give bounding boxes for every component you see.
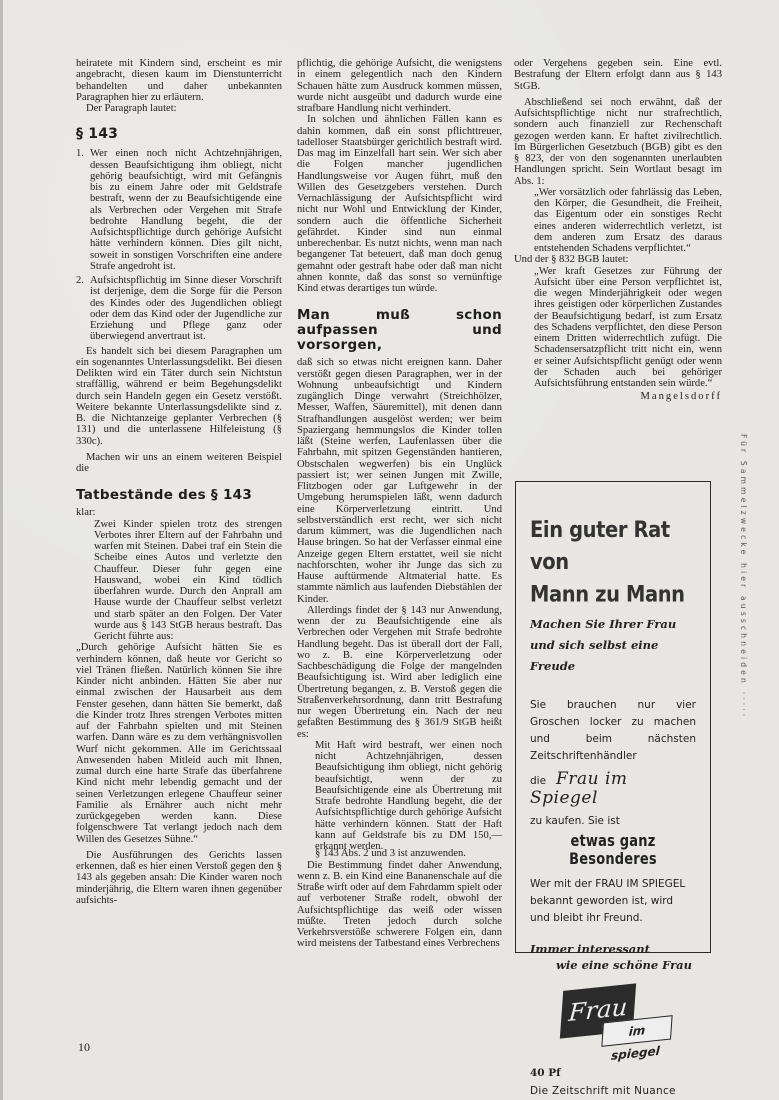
body-paragraph: daß sich so etwas nicht ereignen kann. D… — [297, 357, 502, 605]
law-quote: Mit Haft wird bestraft, wer einen noch n… — [297, 740, 502, 853]
law-text-list: 1. Wer einen noch nicht Achtzehnjährigen… — [76, 148, 282, 342]
body-paragraph: Die Bestimmung findet daher Anwendung, w… — [297, 860, 502, 950]
court-quote: „Durch gehörige Aufsicht hätten Sie es v… — [76, 642, 282, 845]
ad-body-text: Sie brauchen nur vier Groschen locker zu… — [530, 697, 696, 765]
law-item: 1. Wer einen noch nicht Achtzehnjährigen… — [76, 148, 282, 272]
section-heading: § 143 — [76, 126, 282, 142]
body-paragraph: klar: — [76, 507, 282, 518]
ad-emphasis: etwas ganz Besonderes — [530, 833, 696, 869]
subheading: Tatbestände des § 143 — [76, 488, 282, 503]
case-example: Zwei Kinder spielen trotz des strengen V… — [76, 519, 282, 643]
ad-brand-line: dieFrau im Spiegel — [530, 771, 696, 809]
page-number: 10 — [78, 1040, 90, 1055]
article-column-2: pflichtig, die gehörige Aufsicht, die we… — [297, 58, 502, 950]
body-paragraph: pflichtig, die gehörige Aufsicht, die we… — [297, 58, 502, 114]
lead-line: Der Paragraph lautet: — [76, 103, 282, 114]
subheading: Man muß schon aufpassen und vorsorgen, — [297, 308, 502, 353]
ad-tagline: Immer interessant wie eine schöne Frau — [530, 941, 696, 973]
bgb-832-quote: „Wer kraft Gesetzes zur Führung der Aufs… — [514, 266, 722, 390]
body-paragraph: Machen wir uns an einem weiteren Beispie… — [76, 452, 282, 475]
bgb-823-quote: „Wer vorsätzlich oder fahrlässig das Leb… — [514, 187, 722, 255]
body-paragraph: Und der § 832 BGB lautet: — [514, 254, 722, 265]
advertisement-box: Ein guter Rat von Mann zu Mann Machen Si… — [515, 481, 711, 953]
intro-paragraph: heiratete mit Kindern sind, erscheint es… — [76, 58, 282, 103]
body-paragraph: Allerdings findet der § 143 nur Anwendun… — [297, 605, 502, 740]
law-item: 2. Aufsichtspflichtig im Sinne dieser Vo… — [76, 275, 282, 343]
body-paragraph: oder Vergehens gegeben sein. Eine evtl. … — [514, 58, 722, 92]
ad-price: 40 Pf — [530, 1067, 696, 1079]
body-paragraph: Abschließend sei noch erwähnt, daß der A… — [514, 97, 722, 187]
article-column-1: heiratete mit Kindern sind, erscheint es… — [76, 58, 282, 906]
law-quote-note: § 143 Abs. 2 und 3 ist anzuwenden. — [297, 848, 502, 859]
magazine-page: heiratete mit Kindern sind, erscheint es… — [0, 0, 779, 1100]
author-signature: Mangelsdorff — [514, 391, 722, 402]
ad-headline: Ein guter Rat von Mann zu Mann — [530, 514, 696, 611]
article-column-3: oder Vergehens gegeben sein. Eine evtl. … — [514, 58, 722, 403]
page-edge — [0, 0, 3, 1100]
ad-body-text: Wer mit der FRAU IM SPIEGEL bekannt gewo… — [530, 876, 696, 927]
advertisement-content: Ein guter Rat von Mann zu Mann Machen Si… — [530, 514, 696, 1097]
body-paragraph: In solchen und ähnlichen Fällen kann es … — [297, 114, 502, 294]
cut-out-note: Für Sammelzwecke hier ausschneiden ····· — [739, 434, 748, 684]
ad-body-text: zu kaufen. Sie ist — [530, 813, 696, 830]
frau-im-spiegel-logo: Frau im spiegel — [562, 987, 682, 1057]
body-paragraph: Die Ausführungen des Gerichts lassen erk… — [76, 850, 282, 906]
ad-subheadline: Machen Sie Ihrer Frau und sich selbst ei… — [530, 614, 696, 677]
ad-claim: Die Zeitschrift mit Nuance — [530, 1085, 696, 1097]
body-paragraph: Es handelt sich bei diesem Paragraphen u… — [76, 346, 282, 447]
